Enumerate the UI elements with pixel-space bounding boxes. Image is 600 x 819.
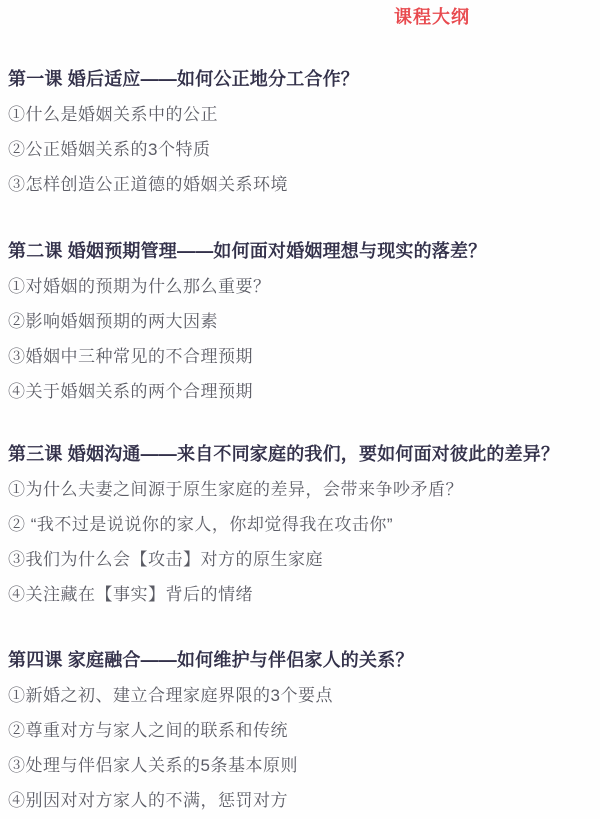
list-item: ①新婚之初、建立合理家庭界限的3个要点 bbox=[8, 678, 592, 713]
lesson-3-heading: 第三课 婚姻沟通——来自不同家庭的我们，要如何面对彼此的差异？ bbox=[8, 437, 592, 472]
list-item: ② “我不过是说说你的家人，你却觉得我在攻击你” bbox=[8, 507, 592, 542]
lesson-4-heading: 第四课 家庭融合——如何维护与伴侣家人的关系？ bbox=[8, 643, 592, 678]
list-item: ④关注藏在【事实】背后的情绪 bbox=[8, 577, 592, 612]
list-item: ②尊重对方与家人之间的联系和传统 bbox=[8, 713, 592, 748]
list-item: ③我们为什么会【攻击】对方的原生家庭 bbox=[8, 542, 592, 577]
lesson-2-heading: 第二课 婚姻预期管理——如何面对婚姻理想与现实的落差？ bbox=[8, 234, 592, 269]
list-item: ④别因对对方家人的不满，惩罚对方 bbox=[8, 783, 592, 818]
list-item: ②影响婚姻预期的两大因素 bbox=[8, 304, 592, 339]
list-item: ①对婚姻的预期为什么那么重要？ bbox=[8, 269, 592, 304]
list-item: ①什么是婚姻关系中的公正 bbox=[8, 97, 592, 132]
outline-content: 第一课 婚后适应——如何公正地分工合作？ ①什么是婚姻关系中的公正 ②公正婚姻关… bbox=[0, 0, 600, 818]
section-lesson-4: 第四课 家庭融合——如何维护与伴侣家人的关系？ ①新婚之初、建立合理家庭界限的3… bbox=[8, 643, 592, 818]
list-item: ③处理与伴侣家人关系的5条基本原则 bbox=[8, 748, 592, 783]
list-item: ①为什么夫妻之间源于原生家庭的差异，会带来争吵矛盾？ bbox=[8, 472, 592, 507]
list-item: ④关于婚姻关系的两个合理预期 bbox=[8, 374, 592, 409]
page-title: 课程大纲 bbox=[394, 5, 470, 29]
lesson-1-heading: 第一课 婚后适应——如何公正地分工合作？ bbox=[8, 62, 592, 97]
list-item: ③婚姻中三种常见的不合理预期 bbox=[8, 339, 592, 374]
list-item: ③怎样创造公正道德的婚姻关系环境 bbox=[8, 167, 592, 202]
section-lesson-2: 第二课 婚姻预期管理——如何面对婚姻理想与现实的落差？ ①对婚姻的预期为什么那么… bbox=[8, 234, 592, 409]
section-lesson-1: 第一课 婚后适应——如何公正地分工合作？ ①什么是婚姻关系中的公正 ②公正婚姻关… bbox=[8, 62, 592, 202]
list-item: ②公正婚姻关系的3个特质 bbox=[8, 132, 592, 167]
section-lesson-3: 第三课 婚姻沟通——来自不同家庭的我们，要如何面对彼此的差异？ ①为什么夫妻之间… bbox=[8, 437, 592, 612]
course-outline-page: 课程大纲 第一课 婚后适应——如何公正地分工合作？ ①什么是婚姻关系中的公正 ②… bbox=[0, 0, 600, 819]
